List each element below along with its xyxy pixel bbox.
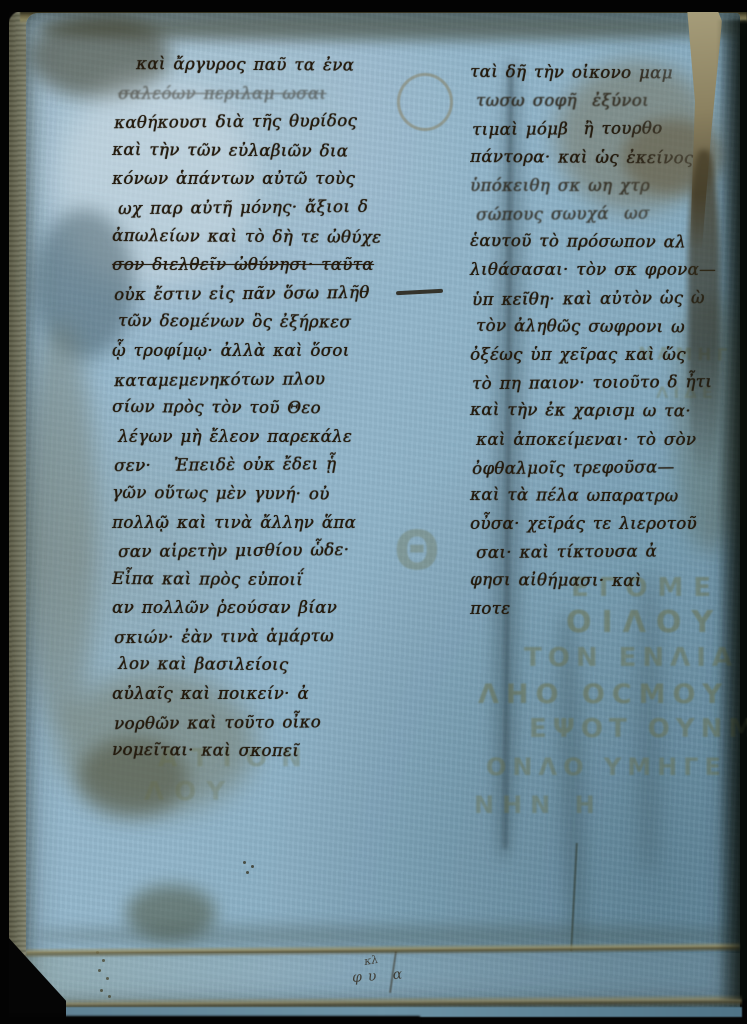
parchment-page: Θ ΝΑΜΗΓ ΛΙΔΕ ΕΓΟΜΕ ΟΙΛΟΥ ΤΟΝ ΕΝΛΙΑ ΛΗΟ Ο… [26, 13, 740, 1012]
manuscript-text-line: πολλῷ καὶ τινὰ ἄλλην ἅπα [112, 509, 398, 538]
manuscript-text-line: κόνων ἁπάντων αὐτῶ τοὺς [112, 165, 398, 194]
manuscript-text-line: γῶν οὕτως μὲν γυνή· οὐ [112, 479, 398, 510]
background-left-strip [0, 0, 9, 1024]
manuscript-text-line: αὐλαῖς καὶ ποικείν· ἀ [112, 680, 398, 709]
background-bottom-sliver [0, 1016, 420, 1024]
undertext-line: ΤΟΝ ΕΝΛΙΑ [524, 643, 738, 673]
bottom-fold-band [26, 953, 740, 1001]
undertext-line: ΕΨΟΤ ΟΥΝΜ [529, 714, 747, 744]
manuscript-text-line: καταμεμενηκότων πλου [114, 364, 398, 395]
manuscript-text-line: σκιών· ἐὰν τινὰ ἁμάρτω [114, 622, 398, 653]
undertext-line: ΟΝΛΟ ΥΜΗΓΕ [486, 753, 727, 781]
torn-edge-dark-streak [688, 150, 720, 480]
manuscript-text-line: καὶ ἄργυρος παῦ τα ἐνα [112, 50, 398, 81]
manuscript-text-line: λέγων μὴ ἔλεον παρεκάλε [118, 423, 398, 452]
manuscript-text-line: σον διελθεῖν ὠθύνησι· ταῦτα [112, 251, 398, 280]
text-column-left: καὶ ἄργυρος παῦ τα ἐνασαλεόων περιλαμ ωσ… [112, 51, 398, 766]
manuscript-text-line: φησι αἰθήμασι· καὶ [470, 566, 747, 596]
stain-left-margin-mottle [26, 323, 96, 733]
manuscript-text-line: ἀπωλείων καὶ τὸ δὴ τε ὠθύχε [112, 222, 398, 253]
manuscript-text-line: σαλεόων περιλαμ ωσαι [118, 80, 398, 109]
undertext-theta-ghost: Θ [394, 519, 440, 582]
manuscript-text-line: νομεῖται· καὶ σκοπεῖ [112, 736, 398, 767]
background-top-strip [0, 0, 747, 12]
manuscript-text-line: νορθῶν καὶ τοῦτο οἶκο [114, 707, 398, 738]
undertext-line: ΝΗΝ Η [474, 791, 603, 819]
stain-top-band [40, 15, 740, 41]
manuscript-text-line: καθήκουσι διὰ τῆς θυρίδος [114, 107, 398, 138]
manuscript-text-line: ᾧ τροφίμῳ· ἀλλὰ καὶ ὅσοι [112, 337, 398, 366]
manuscript-text-line: σαι· καὶ τίκτουσα ἀ [476, 537, 747, 568]
manuscript-text-line: σίων πρὸς τὸν τοῦ Θεο [112, 393, 398, 424]
manuscript-text-line: τῶν δεομένων ὃς ἐξήρκεσ [118, 307, 398, 338]
manuscript-text-line: σεν· Ἐπειδὲ οὐκ ἔδει ᾗ [114, 450, 398, 481]
manuscript-text-line: ωχ παρ αὐτῆ μόνης· ἄξιοι δ [118, 193, 398, 224]
manuscript-text-line: καὶ τὰ πέλα ωπαρατρω [470, 481, 747, 511]
right-edge-shadow [717, 20, 747, 1000]
manuscript-text-line: αν πολλῶν ῥεούσαν βίαν [112, 594, 398, 623]
manuscript-text-line: οὐκ ἔστιν εἰς πᾶν ὅσω πλῆθ [114, 279, 398, 310]
manuscript-text-line: ποτε [470, 595, 747, 623]
manuscript-photo: Θ ΝΑΜΗΓ ΛΙΔΕ ΕΓΟΜΕ ΟΙΛΟΥ ΤΟΝ ΕΝΛΙΑ ΛΗΟ Ο… [0, 0, 747, 1024]
ink-dot-cluster [243, 861, 246, 864]
manuscript-text-line: Εἶπα καὶ πρὸς εὐποιΐ [112, 565, 398, 596]
paragraphos-mark [396, 289, 443, 295]
ring-stain [397, 73, 453, 131]
manuscript-text-line: καὶ τὴν τῶν εὐλαβιῶν δια [112, 136, 398, 167]
undertext-line: ΛΟΥ [144, 777, 235, 807]
manuscript-text-line: σαν αἱρετὴν μισθίου ὧδε· [118, 536, 398, 567]
undertext-line: ΛΗΟ ΟCΜΟΥ [478, 679, 729, 710]
manuscript-text-line: οὖσα· χεῖράς τε λιεροτοῦ [470, 510, 747, 538]
manuscript-text-line: λον καὶ βασιλείοις [118, 650, 398, 681]
